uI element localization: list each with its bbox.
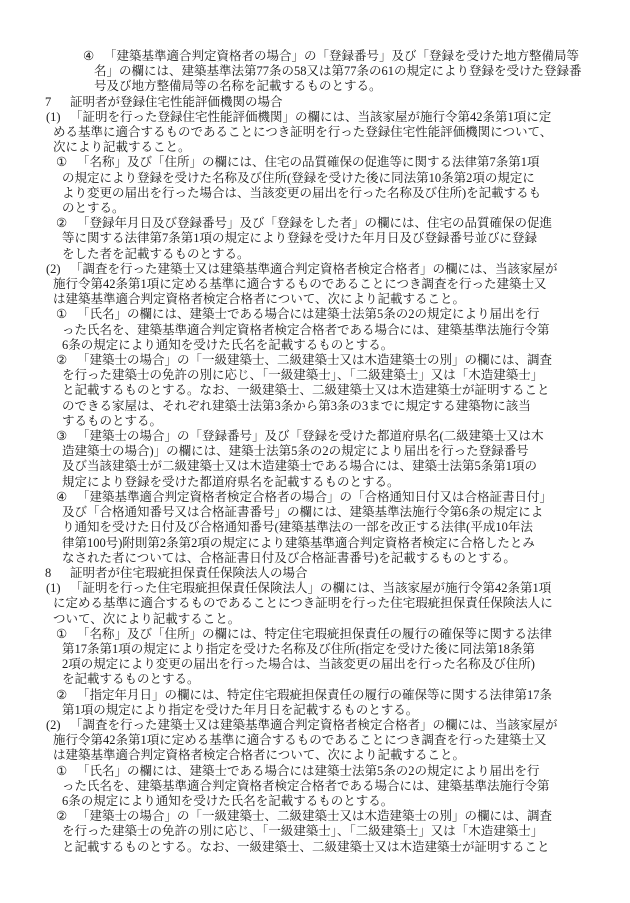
document-item-6: ①「氏名」の欄には、建築士である場合には建築士法第5条の2の規定により届出を行 … [0,307,594,353]
item-text: 「建築基準適合判定資格者検定合格者の場合」の「合格通知日付又は合格証書日付」 及… [62,490,552,565]
document-item-0: ④「建築基準適合判定資格者の場合」の「登録番号」及び「登録を受けた地方整備局等 … [0,49,594,95]
document-item-2: (1)「証明を行った登録住宅性能評価機関」の欄には、当該家屋が施行令第42条第1… [0,110,594,156]
item-text: 「登録年月日及び登録番号」及び「登録をした者」の欄には、住宅の品質確保の促進 等… [62,216,552,260]
document-item-3: ①「名称」及び「住所」の欄には、住宅の品質確保の促進等に関する法律第7条第1項 … [0,155,594,216]
item-marker: 7 [45,95,70,110]
document-item-14: (2)「調査を行った建築士又は建築基準適合判定資格者検定合格者」の欄には、当該家… [0,718,594,764]
document-item-4: ②「登録年月日及び登録番号」及び「登録をした者」の欄には、住宅の品質確保の促進 … [0,216,594,262]
document-body: ④「建築基準適合判定資格者の場合」の「登録番号」及び「登録を受けた地方整備局等 … [0,49,594,855]
item-marker: ① [56,307,77,322]
item-text: 証明者が登録住宅性能評価機関の場合 [70,95,283,109]
item-marker: (1) [46,581,70,596]
item-text: 「調査を行った建築士又は建築基準適合判定資格者検定合格者」の欄には、当該家屋が … [53,718,558,762]
item-text: 「建築士の場合」の「一級建築士、二級建築士又は木造建築士の別」の欄には、調査 を… [62,353,552,428]
item-marker: ② [56,353,77,368]
document-item-7: ②「建築士の場合」の「一級建築士、二級建築士又は木造建築士の別」の欄には、調査 … [0,353,594,429]
item-text: 「名称」及び「住所」の欄には、特定住宅瑕疵担保責任の履行の確保等に関する法律 第… [62,627,552,687]
document-item-13: ②「指定年月日」の欄には、特定住宅瑕疵担保責任の履行の確保等に関する法律第17条… [0,688,594,718]
item-marker: ④ [83,49,104,64]
document-item-16: ②「建築士の場合」の「一級建築士、二級建築士又は木造建築士の別」の欄には、調査 … [0,809,594,855]
document-page: ④「建築基準適合判定資格者の場合」の「登録番号」及び「登録を受けた地方整備局等 … [0,0,630,903]
item-text: 「氏名」の欄には、建築士である場合には建築士法第5条の2の規定により届出を行 っ… [62,764,550,808]
item-marker: ④ [56,490,77,505]
item-text: 「名称」及び「住所」の欄には、住宅の品質確保の促進等に関する法律第7条第1項 の… [62,155,541,215]
document-item-10: 8証明者が住宅瑕疵担保責任保険法人の場合 [0,566,594,581]
item-marker: ① [56,764,77,779]
item-text: 「調査を行った建築士又は建築基準適合判定資格者検定合格者」の欄には、当該家屋が … [53,262,558,306]
item-marker: ② [56,216,77,231]
item-text: 「建築士の場合」の「登録番号」及び「登録を受けた都道府県名(二級建築士又は木 造… [62,429,544,489]
item-marker: ③ [56,429,77,444]
item-marker: ② [56,688,77,703]
document-item-15: ①「氏名」の欄には、建築士である場合には建築士法第5条の2の規定により届出を行 … [0,764,594,810]
item-marker: (1) [46,110,70,125]
item-marker: (2) [46,718,70,733]
item-text: 「証明を行った住宅瑕疵担保責任保険法人」の欄には、当該家屋が施行令第42条第1項… [53,581,553,625]
document-item-1: 7証明者が登録住宅性能評価機関の場合 [0,95,594,110]
document-item-12: ①「名称」及び「住所」の欄には、特定住宅瑕疵担保責任の履行の確保等に関する法律 … [0,627,594,688]
item-marker: 8 [45,566,70,581]
item-marker: (2) [46,262,70,277]
document-item-9: ④「建築基準適合判定資格者検定合格者の場合」の「合格通知日付又は合格証書日付」 … [0,490,594,566]
item-marker: ① [56,155,77,170]
item-marker: ① [56,627,77,642]
document-item-8: ③「建築士の場合」の「登録番号」及び「登録を受けた都道府県名(二級建築士又は木 … [0,429,594,490]
item-text: 「建築士の場合」の「一級建築士、二級建築士又は木造建築士の別」の欄には、調査 を… [62,809,552,853]
item-text: 証明者が住宅瑕疵担保責任保険法人の場合 [70,566,308,580]
document-item-5: (2)「調査を行った建築士又は建築基準適合判定資格者検定合格者」の欄には、当該家… [0,262,594,308]
item-text: 「氏名」の欄には、建築士である場合には建築士法第5条の2の規定により届出を行 っ… [62,307,550,351]
item-text: 「指定年月日」の欄には、特定住宅瑕疵担保責任の履行の確保等に関する法律第17条 … [62,688,552,717]
item-text: 「証明を行った登録住宅性能評価機関」の欄には、当該家屋が施行令第42条第1項に定… [53,110,552,154]
item-marker: ② [56,809,77,824]
document-item-11: (1)「証明を行った住宅瑕疵担保責任保険法人」の欄には、当該家屋が施行令第42条… [0,581,594,627]
item-text: 「建築基準適合判定資格者の場合」の「登録番号」及び「登録を受けた地方整備局等 名… [94,49,582,93]
